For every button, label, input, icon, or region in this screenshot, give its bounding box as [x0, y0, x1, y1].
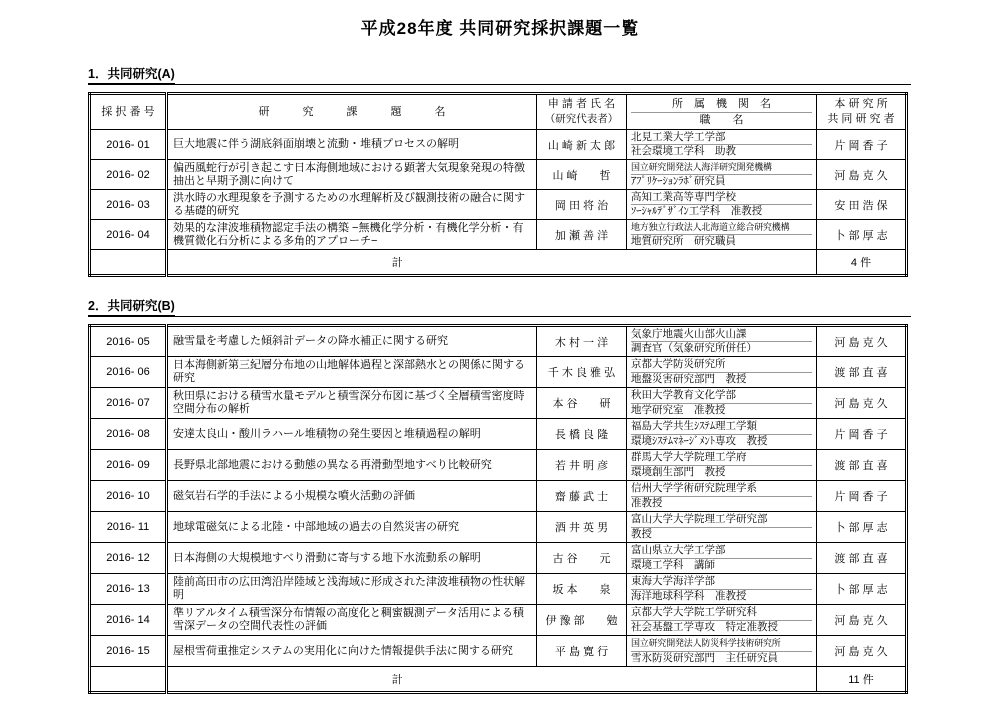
cell-collaborator-name: 河 島 克 久: [817, 636, 907, 667]
cell-research-title: 洪水時の水理現象を予測するための水理解析及び観測技術の融合に関する基礎的研究: [167, 190, 537, 220]
affiliation-position: ｿｰｼｬﾙﾃﾞｻﾞｲﾝ工学科 准教授: [631, 205, 812, 219]
cell-collaborator-name: 卜 部 厚 志: [817, 574, 907, 605]
affiliation-institution: 信州大学学術研究院理学系: [631, 482, 812, 497]
col-header-research-title: 研 究 課 題 名: [167, 94, 537, 130]
table-row: 2016- 05 融雪量を考慮した傾斜計データの降水補正に関する研究 木 村 一…: [90, 326, 907, 357]
section-heading-b-text: 2．共同研究(B): [88, 299, 175, 317]
cell-applicant-name: 齋 藤 武 士: [537, 481, 627, 512]
affiliation-position: 環境工学科 講師: [631, 559, 812, 573]
cell-applicant-name: 山 崎 哲: [537, 160, 627, 190]
affiliation-institution: 秋田大学教育文化学部: [631, 389, 812, 404]
col-header-applicant: 申 請 者 氏 名 （研究代表者）: [537, 94, 627, 130]
cell-adoption-number: 2016- 02: [90, 160, 167, 190]
cell-research-title: 秋田県における積雪水量モデルと積雪深分布図に基づく全層積雪密度時空間分布の解析: [167, 388, 537, 419]
cell-applicant-name: 木 村 一 洋: [537, 326, 627, 357]
cell-applicant-name: 古 谷 元: [537, 543, 627, 574]
affiliation-institution: 富山大学大学院理工学研究部: [631, 513, 812, 528]
cell-applicant-name: 山 崎 新 太 郎: [537, 130, 627, 160]
affiliation-position: 社会環境工学科 助教: [631, 145, 812, 159]
cell-affiliation: 気象庁地震火山部火山課 調査官（気象研究所併任）: [627, 326, 817, 357]
col-header-affiliation-line2: 職 名: [631, 113, 812, 128]
cell-collaborator-name: 卜 部 厚 志: [817, 220, 907, 250]
cell-collaborator-name: 渡 部 直 喜: [817, 543, 907, 574]
affiliation-position: 教授: [631, 528, 812, 542]
cell-applicant-name: 伊 豫 部 勉: [537, 605, 627, 636]
cell-collaborator-name: 卜 部 厚 志: [817, 512, 907, 543]
cell-research-title: 地球電磁気による北陸・中部地域の過去の自然災害の研究: [167, 512, 537, 543]
cell-collaborator-name: 片 岡 香 子: [817, 419, 907, 450]
table-row: 2016- 01 巨大地震に伴う湖底斜面崩壊と流動・堆積プロセスの解明 山 崎 …: [90, 130, 907, 160]
cell-research-title: 偏西風蛇行が引き起こす日本海側地域における顕著大気現象発現の特徴抽出と早期予測に…: [167, 160, 537, 190]
total-row-a: 計 4 件: [90, 250, 907, 276]
total-count-a: 4 件: [817, 250, 907, 276]
cell-affiliation: 富山大学大学院理工学研究部 教授: [627, 512, 817, 543]
cell-affiliation: 信州大学学術研究院理学系 准教授: [627, 481, 817, 512]
cell-applicant-name: 坂 本 泉: [537, 574, 627, 605]
cell-applicant-name: 千 木 良 雅 弘: [537, 357, 627, 388]
cell-adoption-number: 2016- 03: [90, 190, 167, 220]
col-header-adoption-number: 採 択 番 号: [90, 94, 167, 130]
cell-research-title: 効果的な津波堆積物認定手法の構築 −無機化学分析・有機化学分析・有機質微化石分析…: [167, 220, 537, 250]
total-count-b: 11 件: [817, 667, 907, 693]
cell-collaborator-name: 渡 部 直 喜: [817, 357, 907, 388]
affiliation-position: 海洋地球科学科 准教授: [631, 590, 812, 604]
table-row: 2016- 12 日本海側の大規模地すべり滑動に寄与する地下水流動系の解明 古 …: [90, 543, 907, 574]
section-heading-b: 2．共同研究(B): [88, 298, 911, 317]
affiliation-position: 地学研究室 准教授: [631, 404, 812, 418]
total-gap-cell: [627, 667, 817, 693]
affiliation-position: 准教授: [631, 497, 812, 511]
cell-affiliation: 国立研究開発法人海洋研究開発機構 ｱﾌﾟﾘｹｰｼｮﾝﾗﾎﾞ研究員: [627, 160, 817, 190]
table-row: 2016- 03 洪水時の水理現象を予測するための水理解析及び観測技術の融合に関…: [90, 190, 907, 220]
cell-research-title: 準リアルタイム積雪深分布情報の高度化と稠蜜観測データ活用による積雪深データの空間…: [167, 605, 537, 636]
cell-collaborator-name: 安 田 浩 保: [817, 190, 907, 220]
cell-adoption-number: 2016- 04: [90, 220, 167, 250]
affiliation-institution: 群馬大学大学院理工学府: [631, 451, 812, 466]
affiliation-institution: 京都大学防災研究所: [631, 358, 812, 373]
cell-research-title: 日本海側の大規模地すべり滑動に寄与する地下水流動系の解明: [167, 543, 537, 574]
section-heading-a: 1．共同研究(A): [88, 66, 911, 85]
table-row: 2016- 09 長野県北部地震における動態の異なる再滑動型地すべり比較研究 若…: [90, 450, 907, 481]
affiliation-position: 調査官（気象研究所併任）: [631, 342, 812, 356]
cell-adoption-number: 2016- 14: [90, 605, 167, 636]
affiliation-institution: 京都大学大学院工学研究科: [631, 606, 812, 621]
col-header-collaborator: 本 研 究 所 共 同 研 究 者: [817, 94, 907, 130]
cell-adoption-number: 2016- 07: [90, 388, 167, 419]
affiliation-position: 環境ｼｽﾃﾑﾏﾈｰｼﾞﾒﾝﾄ専攻 教授: [631, 435, 812, 449]
cell-adoption-number: 2016- 15: [90, 636, 167, 667]
cell-adoption-number: 2016- 08: [90, 419, 167, 450]
affiliation-institution: 福島大学共生ｼｽﾃﾑ理工学類: [631, 420, 812, 435]
cell-adoption-number: 2016- 13: [90, 574, 167, 605]
affiliation-position: 社会基盤工学専攻 特定准教授: [631, 621, 812, 635]
affiliation-position: 地盤災害研究部門 教授: [631, 373, 812, 387]
adoption-table-a: 採 択 番 号 研 究 課 題 名 申 請 者 氏 名 （研究代表者） 所 属 …: [88, 92, 908, 277]
table-row: 2016- 02 偏西風蛇行が引き起こす日本海側地域における顕著大気現象発現の特…: [90, 160, 907, 190]
affiliation-institution: 富山県立大学工学部: [631, 544, 812, 559]
affiliation-institution: 北見工業大学工学部: [631, 131, 812, 146]
cell-affiliation: 秋田大学教育文化学部 地学研究室 准教授: [627, 388, 817, 419]
cell-affiliation: 群馬大学大学院理工学府 環境創生部門 教授: [627, 450, 817, 481]
cell-affiliation: 富山県立大学工学部 環境工学科 講師: [627, 543, 817, 574]
col-header-applicant-line2: （研究代表者）: [541, 112, 622, 127]
document-body: 1．共同研究(A) 採 択 番 号 研 究 課 題 名 申 請 者 氏 名 （研…: [88, 66, 911, 694]
affiliation-institution: 国立研究開発法人防災科学技術研究所: [631, 637, 812, 652]
cell-applicant-name: 酒 井 英 男: [537, 512, 627, 543]
affiliation-position: 環境創生部門 教授: [631, 466, 812, 480]
affiliation-position: ｱﾌﾟﾘｹｰｼｮﾝﾗﾎﾞ研究員: [631, 175, 812, 189]
table-row: 2016- 06 日本海側新第三紀層分布地の山地解体過程と深部熱水との関係に関す…: [90, 357, 907, 388]
cell-collaborator-name: 河 島 克 久: [817, 605, 907, 636]
cell-applicant-name: 平 島 寛 行: [537, 636, 627, 667]
cell-collaborator-name: 河 島 克 久: [817, 326, 907, 357]
cell-adoption-number: 2016- 06: [90, 357, 167, 388]
cell-affiliation: 福島大学共生ｼｽﾃﾑ理工学類 環境ｼｽﾃﾑﾏﾈｰｼﾞﾒﾝﾄ専攻 教授: [627, 419, 817, 450]
cell-applicant-name: 長 橋 良 隆: [537, 419, 627, 450]
cell-applicant-name: 加 瀬 善 洋: [537, 220, 627, 250]
table-row: 2016- 10 磁気岩石学的手法による小規模な噴火活動の評価 齋 藤 武 士 …: [90, 481, 907, 512]
cell-adoption-number: 2016- 10: [90, 481, 167, 512]
cell-collaborator-name: 河 島 克 久: [817, 388, 907, 419]
cell-adoption-number: 2016- 05: [90, 326, 167, 357]
cell-research-title: 融雪量を考慮した傾斜計データの降水補正に関する研究: [167, 326, 537, 357]
section-heading-a-text: 1．共同研究(A): [88, 67, 175, 85]
cell-adoption-number: 2016- 12: [90, 543, 167, 574]
cell-collaborator-name: 河 島 克 久: [817, 160, 907, 190]
cell-affiliation: 国立研究開発法人防災科学技術研究所 雪氷防災研究部門 主任研究員: [627, 636, 817, 667]
cell-affiliation: 京都大学大学院工学研究科 社会基盤工学専攻 特定准教授: [627, 605, 817, 636]
total-gap-cell: [627, 250, 817, 276]
table-row: 2016- 07 秋田県における積雪水量モデルと積雪深分布図に基づく全層積雪密度…: [90, 388, 907, 419]
cell-adoption-number: 2016- 11: [90, 512, 167, 543]
table-row: 2016- 15 屋根雪荷重推定システムの実用化に向けた情報提供手法に関する研究…: [90, 636, 907, 667]
table-row: 2016- 13 陸前高田市の広田湾沿岸陸域と浅海域に形成された津波堆積物の性状…: [90, 574, 907, 605]
total-label-a: 計: [167, 250, 627, 276]
col-header-affiliation: 所 属 機 関 名 職 名: [627, 94, 817, 130]
cell-affiliation: 地方独立行政法人北海道立総合研究機構 地質研究所 研究職員: [627, 220, 817, 250]
cell-affiliation: 高知工業高等専門学校 ｿｰｼｬﾙﾃﾞｻﾞｲﾝ工学科 准教授: [627, 190, 817, 220]
col-header-applicant-line1: 申 請 者 氏 名: [541, 97, 622, 112]
affiliation-position: 地質研究所 研究職員: [631, 235, 812, 249]
affiliation-institution: 気象庁地震火山部火山課: [631, 328, 812, 343]
cell-applicant-name: 本 谷 研: [537, 388, 627, 419]
table-row: 2016- 11 地球電磁気による北陸・中部地域の過去の自然災害の研究 酒 井 …: [90, 512, 907, 543]
page-title: 平成28年度 共同研究採択課題一覧: [0, 0, 1000, 39]
cell-affiliation: 東海大学海洋学部 海洋地球科学科 准教授: [627, 574, 817, 605]
cell-affiliation: 京都大学防災研究所 地盤災害研究部門 教授: [627, 357, 817, 388]
total-row-b: 計 11 件: [90, 667, 907, 693]
cell-research-title: 長野県北部地震における動態の異なる再滑動型地すべり比較研究: [167, 450, 537, 481]
table-row: 2016- 08 安達太良山・酸川ラハール堆積物の発生要因と堆積過程の解明 長 …: [90, 419, 907, 450]
affiliation-institution: 東海大学海洋学部: [631, 575, 812, 590]
cell-adoption-number: 2016- 09: [90, 450, 167, 481]
cell-collaborator-name: 渡 部 直 喜: [817, 450, 907, 481]
cell-applicant-name: 若 井 明 彦: [537, 450, 627, 481]
cell-collaborator-name: 片 岡 香 子: [817, 130, 907, 160]
cell-adoption-number: 2016- 01: [90, 130, 167, 160]
total-empty-cell: [90, 667, 167, 693]
affiliation-institution: 高知工業高等専門学校: [631, 191, 812, 206]
cell-affiliation: 北見工業大学工学部 社会環境工学科 助教: [627, 130, 817, 160]
total-empty-cell: [90, 250, 167, 276]
table-row: 2016- 14 準リアルタイム積雪深分布情報の高度化と稠蜜観測データ活用による…: [90, 605, 907, 636]
cell-research-title: 磁気岩石学的手法による小規模な噴火活動の評価: [167, 481, 537, 512]
cell-applicant-name: 岡 田 将 治: [537, 190, 627, 220]
table-header-row: 採 択 番 号 研 究 課 題 名 申 請 者 氏 名 （研究代表者） 所 属 …: [90, 94, 907, 130]
col-header-collaborator-line2: 共 同 研 究 者: [821, 112, 901, 127]
cell-research-title: 安達太良山・酸川ラハール堆積物の発生要因と堆積過程の解明: [167, 419, 537, 450]
cell-research-title: 日本海側新第三紀層分布地の山地解体過程と深部熱水との関係に関する研究: [167, 357, 537, 388]
cell-research-title: 陸前高田市の広田湾沿岸陸域と浅海域に形成された津波堆積物の性状解明: [167, 574, 537, 605]
cell-research-title: 屋根雪荷重推定システムの実用化に向けた情報提供手法に関する研究: [167, 636, 537, 667]
col-header-affiliation-line1: 所 属 機 関 名: [631, 97, 812, 113]
col-header-collaborator-line1: 本 研 究 所: [821, 97, 901, 112]
affiliation-institution: 地方独立行政法人北海道立総合研究機構: [631, 221, 812, 236]
affiliation-position: 雪氷防災研究部門 主任研究員: [631, 652, 812, 666]
table-row: 2016- 04 効果的な津波堆積物認定手法の構築 −無機化学分析・有機化学分析…: [90, 220, 907, 250]
cell-collaborator-name: 片 岡 香 子: [817, 481, 907, 512]
affiliation-institution: 国立研究開発法人海洋研究開発機構: [631, 161, 812, 176]
cell-research-title: 巨大地震に伴う湖底斜面崩壊と流動・堆積プロセスの解明: [167, 130, 537, 160]
total-label-b: 計: [167, 667, 627, 693]
adoption-table-b: 2016- 05 融雪量を考慮した傾斜計データの降水補正に関する研究 木 村 一…: [88, 324, 908, 694]
